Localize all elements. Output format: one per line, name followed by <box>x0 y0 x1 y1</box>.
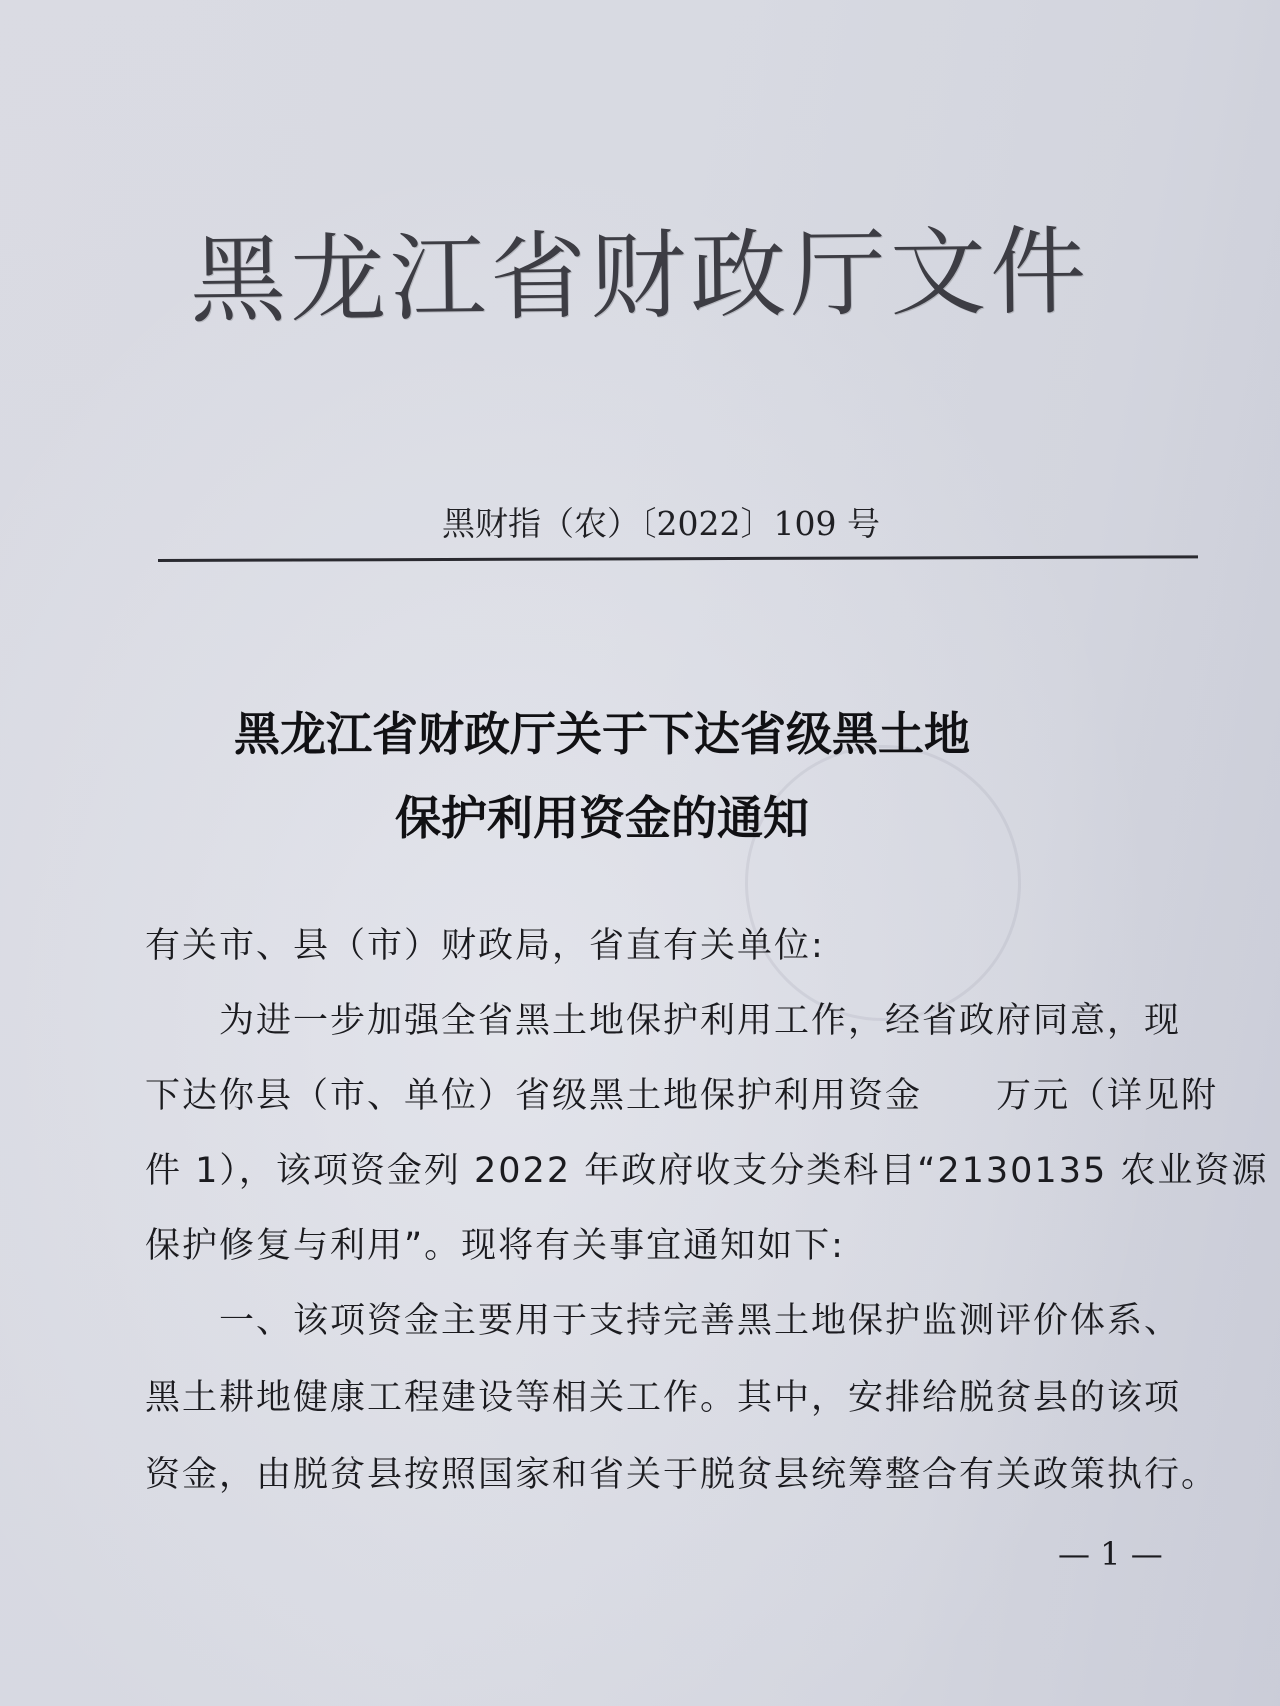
body-line: 保护修复与利用”。现将有关事宜通知如下: <box>145 1218 1215 1268</box>
body-line: 下达你县（市、单位）省级黑土地保护利用资金 万元（详见附 <box>145 1068 1215 1118</box>
issuer-header: 黑龙江省财政厅文件 <box>189 195 1150 342</box>
notice-title-line-2: 保护利用资金的通知 <box>0 782 1242 848</box>
body-line: 一、该项资金主要用于支持完善黑土地保护监测评价体系、 <box>145 1293 1215 1343</box>
body-line: 件 1），该项资金列 2022 年政府收支分类科目“2130135 农业资源 <box>145 1143 1215 1193</box>
body-line: 资金，由脱贫县按照国家和省关于脱贫县统筹整合有关政策执行。 <box>145 1447 1215 1497</box>
salutation: 有关市、县（市）财政局，省直有关单位: <box>145 918 1215 968</box>
page-number: — 1 — <box>1058 1535 1163 1573</box>
body-line: 为进一步加强全省黑土地保护利用工作，经省政府同意，现 <box>145 993 1215 1043</box>
document-number: 黑财指（农）〔2022〕109 号 <box>442 498 880 545</box>
notice-title-line-1: 黑龙江省财政厅关于下达省级黑土地 <box>0 698 1242 764</box>
body-line: 黑土耕地健康工程建设等相关工作。其中，安排给脱贫县的该项 <box>145 1370 1215 1420</box>
header-divider <box>158 555 1198 562</box>
